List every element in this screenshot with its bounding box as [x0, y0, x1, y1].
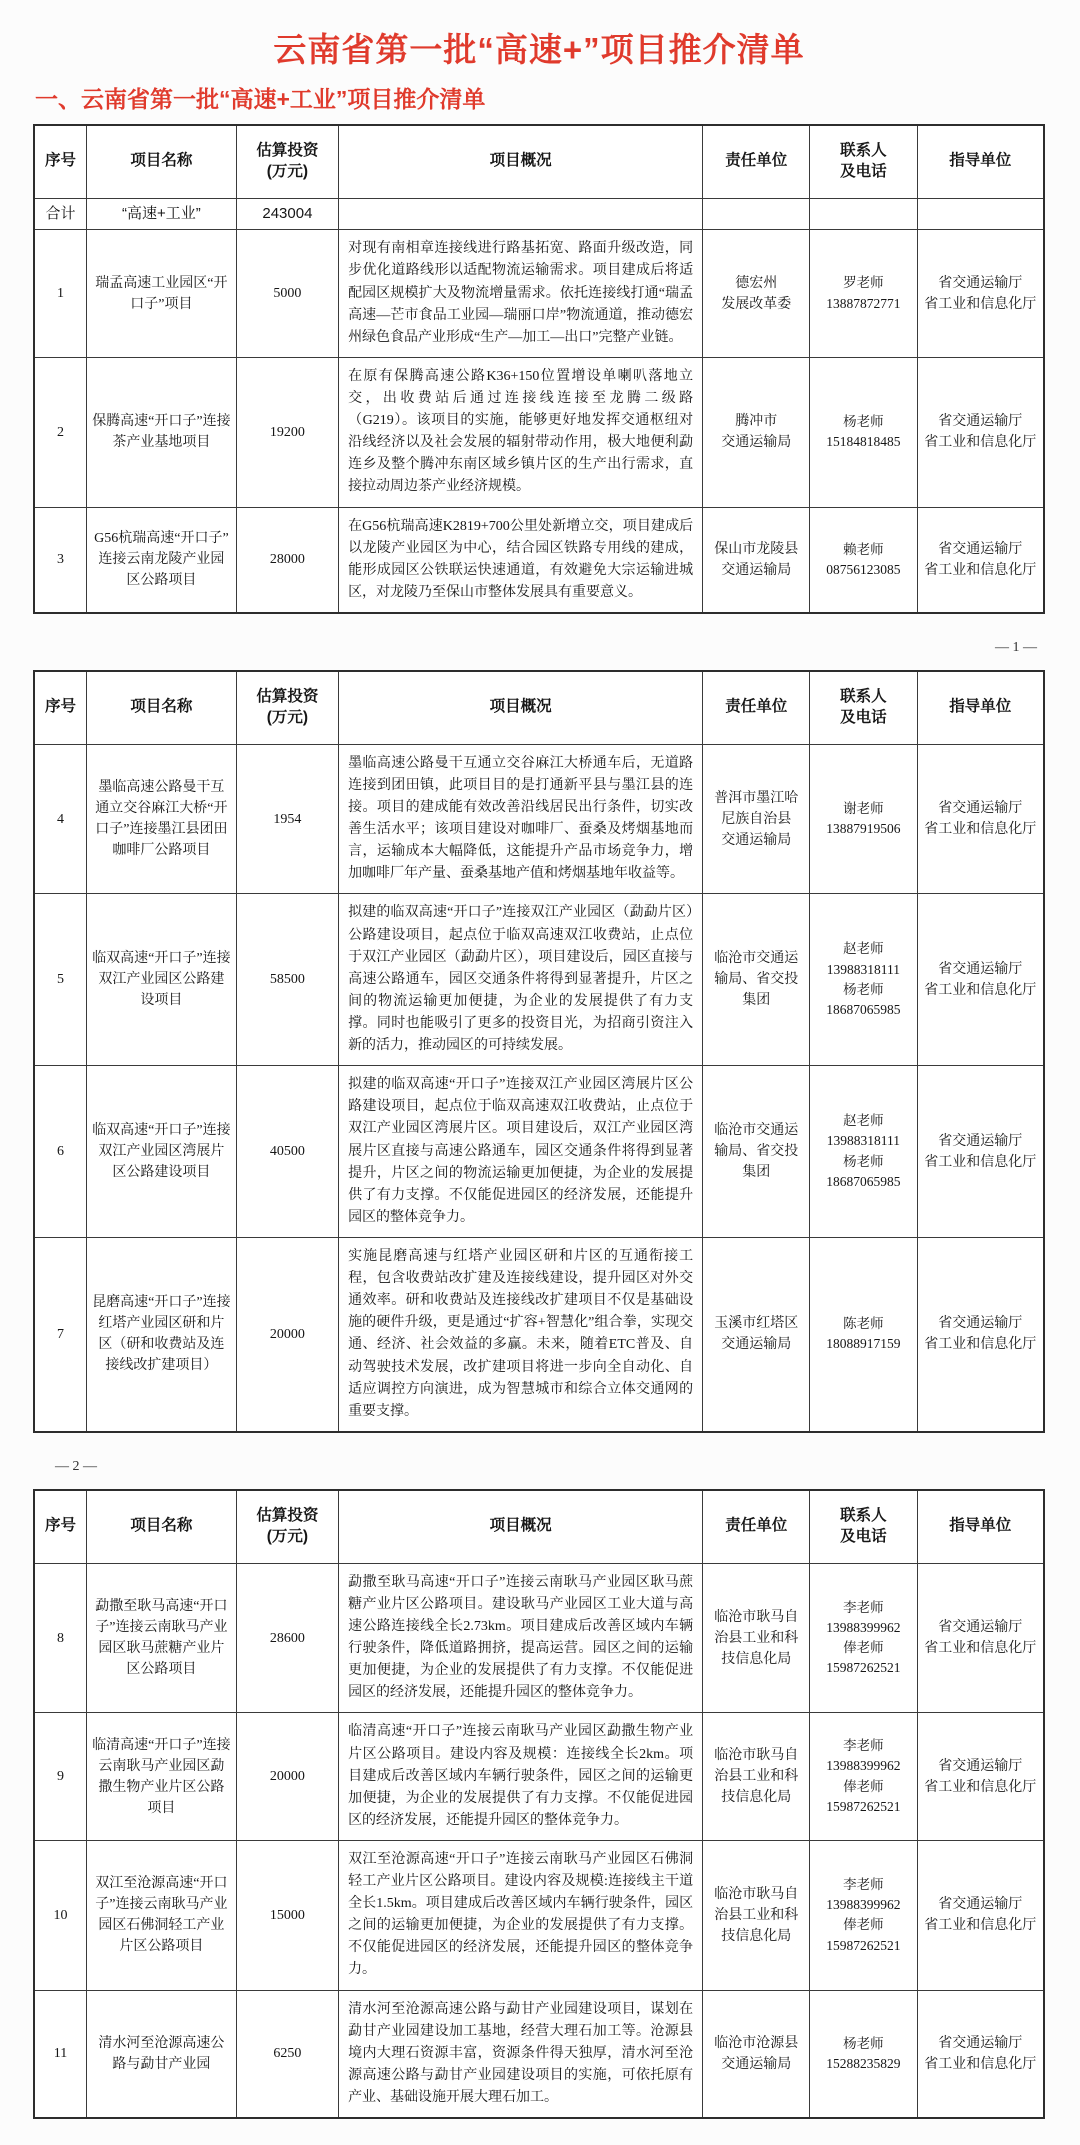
projects-table-3: 序号项目名称估算投资 (万元)项目概况责任单位联系人 及电话指导单位 8勐撒至耿… [33, 1489, 1045, 2119]
cell-investment: 6250 [236, 1990, 338, 2118]
cell-contact: 李老师 13988399962 俸老师 15987262521 [810, 1563, 917, 1713]
cell-guidance [917, 198, 1044, 230]
cell-guidance: 省交通运输厅 省工业和信息化厅 [917, 1713, 1044, 1841]
table-row: 7昆磨高速“开口子”连接红塔产业园区研和片区（研和收费站及连接线改扩建项目）20… [34, 1238, 1044, 1432]
cell-overview: 拟建的临双高速“开口子”连接双江产业园区湾展片区公路建设项目，起点位于临双高速双… [339, 1066, 703, 1238]
cell-project-name: 清水河至沧源高速公路与勐甘产业园 [87, 1990, 237, 2118]
table-body-1: 合计“高速+工业”2430041瑞孟高速工业园区“开口子”项目5000对现有南相… [34, 198, 1044, 613]
cell-guidance: 省交通运输厅 省工业和信息化厅 [917, 507, 1044, 613]
cell-investment: 1954 [236, 744, 338, 894]
column-header-no: 序号 [34, 125, 87, 198]
cell-guidance: 省交通运输厅 省工业和信息化厅 [917, 1066, 1044, 1238]
cell-serial: 8 [34, 1563, 87, 1713]
cell-serial: 合计 [34, 198, 87, 230]
cell-overview: 在G56杭瑞高速K2819+700公里处新增立交，项目建成后以龙陵产业园区为中心… [339, 507, 703, 613]
cell-serial: 2 [34, 357, 87, 507]
section-heading: 一、云南省第一批“高速+工业”项目推介清单 [35, 81, 1045, 114]
cell-guidance: 省交通运输厅 省工业和信息化厅 [917, 230, 1044, 358]
cell-investment: 19200 [236, 357, 338, 507]
cell-investment: 5000 [236, 230, 338, 358]
cell-serial: 1 [34, 230, 87, 358]
cell-guidance: 省交通运输厅 省工业和信息化厅 [917, 1840, 1044, 1990]
header-row: 序号项目名称估算投资 (万元)项目概况责任单位联系人 及电话指导单位 [34, 1490, 1044, 1563]
cell-project-name: “高速+工业” [87, 198, 237, 230]
cell-serial: 11 [34, 1990, 87, 2118]
column-header-name: 项目名称 [87, 125, 237, 198]
table-row: 6临双高速“开口子”连接双江产业园区湾展片区公路建设项目40500拟建的临双高速… [34, 1066, 1044, 1238]
cell-overview: 对现有南相章连接线进行路基拓宽、路面升级改造，同步优化道路线形以适配物流运输需求… [339, 230, 703, 358]
cell-serial: 5 [34, 894, 87, 1066]
cell-guidance: 省交通运输厅 省工业和信息化厅 [917, 1990, 1044, 2118]
cell-overview: 临清高速“开口子”连接云南耿马产业园区勐撒生物产业片区公路项目。建设内容及规模：… [339, 1713, 703, 1841]
cell-contact: 杨老师 15288235829 [810, 1990, 917, 2118]
column-header-guidance: 指导单位 [917, 1490, 1044, 1563]
cell-project-name: 墨临高速公路曼干互通立交谷麻江大桥“开口子”连接墨江县团田咖啡厂公路项目 [87, 744, 237, 894]
cell-project-name: 临双高速“开口子”连接双江产业园区湾展片区公路建设项目 [87, 1066, 237, 1238]
table-row: 11清水河至沧源高速公路与勐甘产业园6250清水河至沧源高速公路与勐甘产业园建设… [34, 1990, 1044, 2118]
cell-project-name: 临清高速“开口子”连接云南耿马产业园区勐撒生物产业片区公路项目 [87, 1713, 237, 1841]
column-header-contact: 联系人 及电话 [810, 125, 917, 198]
cell-investment: 15000 [236, 1840, 338, 1990]
column-header-investment: 估算投资 (万元) [236, 125, 338, 198]
cell-overview: 在原有保腾高速公路K36+150位置增设单喇叭落地立交，出收费站后通过连接线连接… [339, 357, 703, 507]
table-page-3: 序号项目名称估算投资 (万元)项目概况责任单位联系人 及电话指导单位 8勐撒至耿… [33, 1489, 1045, 2119]
column-header-name: 项目名称 [87, 671, 237, 744]
column-header-unit: 责任单位 [703, 125, 810, 198]
table-body-2: 4墨临高速公路曼干互通立交谷麻江大桥“开口子”连接墨江县团田咖啡厂公路项目195… [34, 744, 1044, 1432]
projects-table-1: 序号项目名称估算投资 (万元)项目概况责任单位联系人 及电话指导单位 合计“高速… [33, 124, 1045, 614]
cell-contact: 罗老师 13887872771 [810, 230, 917, 358]
cell-unit: 临沧市耿马自治县工业和科技信息化局 [703, 1563, 810, 1713]
table-row: 8勐撒至耿马高速“开口子”连接云南耿马产业园区耿马蔗糖产业片区公路项目28600… [34, 1563, 1044, 1713]
cell-unit: 临沧市交通运输局、省交投集团 [703, 1066, 810, 1238]
cell-unit [703, 198, 810, 230]
cell-unit: 临沧市交通运输局、省交投集团 [703, 894, 810, 1066]
cell-overview: 拟建的临双高速“开口子”连接双江产业园区（勐勐片区）公路建设项目，起点位于临双高… [339, 894, 703, 1066]
cell-overview: 实施昆磨高速与红塔产业园区研和片区的互通衔接工程，包含收费站改扩建及连接线建设，… [339, 1238, 703, 1432]
column-header-unit: 责任单位 [703, 1490, 810, 1563]
cell-contact: 赖老师 08756123085 [810, 507, 917, 613]
cell-project-name: 保腾高速“开口子”连接茶产业基地项目 [87, 357, 237, 507]
cell-contact: 赵老师 13988318111 杨老师 18687065985 [810, 1066, 917, 1238]
cell-project-name: 双江至沧源高速“开口子”连接云南耿马产业园区石佛洞轻工产业片区公路项目 [87, 1840, 237, 1990]
cell-project-name: 勐撒至耿马高速“开口子”连接云南耿马产业园区耿马蔗糖产业片区公路项目 [87, 1563, 237, 1713]
column-header-overview: 项目概况 [339, 125, 703, 198]
column-header-guidance: 指导单位 [917, 671, 1044, 744]
column-header-overview: 项目概况 [339, 671, 703, 744]
table-row: 9临清高速“开口子”连接云南耿马产业园区勐撒生物产业片区公路项目20000临清高… [34, 1713, 1044, 1841]
cell-unit: 保山市龙陵县 交通运输局 [703, 507, 810, 613]
table-page-1: 序号项目名称估算投资 (万元)项目概况责任单位联系人 及电话指导单位 合计“高速… [33, 124, 1045, 614]
document-page: 云南省第一批“高速+”项目推介清单 一、云南省第一批“高速+工业”项目推介清单 … [0, 0, 1080, 2145]
column-header-investment: 估算投资 (万元) [236, 671, 338, 744]
cell-serial: 3 [34, 507, 87, 613]
table-row: 5临双高速“开口子”连接双江产业园区公路建设项目58500拟建的临双高速“开口子… [34, 894, 1044, 1066]
table-row: 3G56杭瑞高速“开口子”连接云南龙陵产业园区公路项目28000在G56杭瑞高速… [34, 507, 1044, 613]
column-header-no: 序号 [34, 671, 87, 744]
cell-guidance: 省交通运输厅 省工业和信息化厅 [917, 1563, 1044, 1713]
cell-investment: 28000 [236, 507, 338, 613]
cell-guidance: 省交通运输厅 省工业和信息化厅 [917, 1238, 1044, 1432]
cell-project-name: 昆磨高速“开口子”连接红塔产业园区研和片区（研和收费站及连接线改扩建项目） [87, 1238, 237, 1432]
cell-overview: 墨临高速公路曼干互通立交谷麻江大桥通车后，无道路连接到团田镇，此项目目的是打通新… [339, 744, 703, 894]
cell-contact [810, 198, 917, 230]
cell-project-name: 瑞孟高速工业园区“开口子”项目 [87, 230, 237, 358]
total-row: 合计“高速+工业”243004 [34, 198, 1044, 230]
cell-serial: 7 [34, 1238, 87, 1432]
cell-unit: 德宏州 发展改革委 [703, 230, 810, 358]
cell-unit: 临沧市沧源县 交通运输局 [703, 1990, 810, 2118]
cell-contact: 陈老师 18088917159 [810, 1238, 917, 1432]
cell-investment: 28600 [236, 1563, 338, 1713]
column-header-guidance: 指导单位 [917, 125, 1044, 198]
cell-investment: 40500 [236, 1066, 338, 1238]
column-header-contact: 联系人 及电话 [810, 671, 917, 744]
cell-overview: 勐撒至耿马高速“开口子”连接云南耿马产业园区耿马蔗糖产业片区公路项目。建设耿马产… [339, 1563, 703, 1713]
header-row: 序号项目名称估算投资 (万元)项目概况责任单位联系人 及电话指导单位 [34, 671, 1044, 744]
cell-project-name: G56杭瑞高速“开口子”连接云南龙陵产业园区公路项目 [87, 507, 237, 613]
cell-overview: 清水河至沧源高速公路与勐甘产业园建设项目，谋划在勐甘产业园建设加工基地，经营大理… [339, 1990, 703, 2118]
cell-serial: 10 [34, 1840, 87, 1990]
table-page-2: 序号项目名称估算投资 (万元)项目概况责任单位联系人 及电话指导单位 4墨临高速… [33, 670, 1045, 1433]
column-header-no: 序号 [34, 1490, 87, 1563]
cell-contact: 杨老师 15184818485 [810, 357, 917, 507]
table-row: 4墨临高速公路曼干互通立交谷麻江大桥“开口子”连接墨江县团田咖啡厂公路项目195… [34, 744, 1044, 894]
cell-project-name: 临双高速“开口子”连接双江产业园区公路建设项目 [87, 894, 237, 1066]
cell-serial: 6 [34, 1066, 87, 1238]
cell-contact: 谢老师 13887919506 [810, 744, 917, 894]
cell-contact: 李老师 13988399962 俸老师 15987262521 [810, 1713, 917, 1841]
cell-contact: 李老师 13988399962 俸老师 15987262521 [810, 1840, 917, 1990]
cell-unit: 玉溪市红塔区 交通运输局 [703, 1238, 810, 1432]
header-row: 序号项目名称估算投资 (万元)项目概况责任单位联系人 及电话指导单位 [34, 125, 1044, 198]
page-title: 云南省第一批“高速+”项目推介清单 [33, 24, 1045, 71]
table-row: 10双江至沧源高速“开口子”连接云南耿马产业园区石佛洞轻工产业片区公路项目150… [34, 1840, 1044, 1990]
cell-serial: 4 [34, 744, 87, 894]
table-row: 2保腾高速“开口子”连接茶产业基地项目19200在原有保腾高速公路K36+150… [34, 357, 1044, 507]
column-header-name: 项目名称 [87, 1490, 237, 1563]
cell-investment: 58500 [236, 894, 338, 1066]
cell-guidance: 省交通运输厅 省工业和信息化厅 [917, 357, 1044, 507]
column-header-unit: 责任单位 [703, 671, 810, 744]
cell-unit: 腾冲市 交通运输局 [703, 357, 810, 507]
table-body-3: 8勐撒至耿马高速“开口子”连接云南耿马产业园区耿马蔗糖产业片区公路项目28600… [34, 1563, 1044, 2118]
cell-guidance: 省交通运输厅 省工业和信息化厅 [917, 744, 1044, 894]
column-header-overview: 项目概况 [339, 1490, 703, 1563]
cell-unit: 普洱市墨江哈尼族自治县 交通运输局 [703, 744, 810, 894]
cell-unit: 临沧市耿马自治县工业和科技信息化局 [703, 1713, 810, 1841]
cell-unit: 临沧市耿马自治县工业和科技信息化局 [703, 1840, 810, 1990]
table-row: 1瑞孟高速工业园区“开口子”项目5000对现有南相章连接线进行路基拓宽、路面升级… [34, 230, 1044, 358]
cell-overview: 双江至沧源高速“开口子”连接云南耿马产业园区石佛洞轻工产业片区公路项目。建设内容… [339, 1840, 703, 1990]
cell-serial: 9 [34, 1713, 87, 1841]
column-header-contact: 联系人 及电话 [810, 1490, 917, 1563]
cell-investment: 20000 [236, 1238, 338, 1432]
column-header-investment: 估算投资 (万元) [236, 1490, 338, 1563]
cell-overview [339, 198, 703, 230]
page-number-1: — 1 — [33, 640, 1045, 656]
cell-investment: 243004 [236, 198, 338, 230]
cell-investment: 20000 [236, 1713, 338, 1841]
cell-contact: 赵老师 13988318111 杨老师 18687065985 [810, 894, 917, 1066]
page-number-2: — 2 — [33, 1459, 1045, 1475]
projects-table-2: 序号项目名称估算投资 (万元)项目概况责任单位联系人 及电话指导单位 4墨临高速… [33, 670, 1045, 1433]
cell-guidance: 省交通运输厅 省工业和信息化厅 [917, 894, 1044, 1066]
